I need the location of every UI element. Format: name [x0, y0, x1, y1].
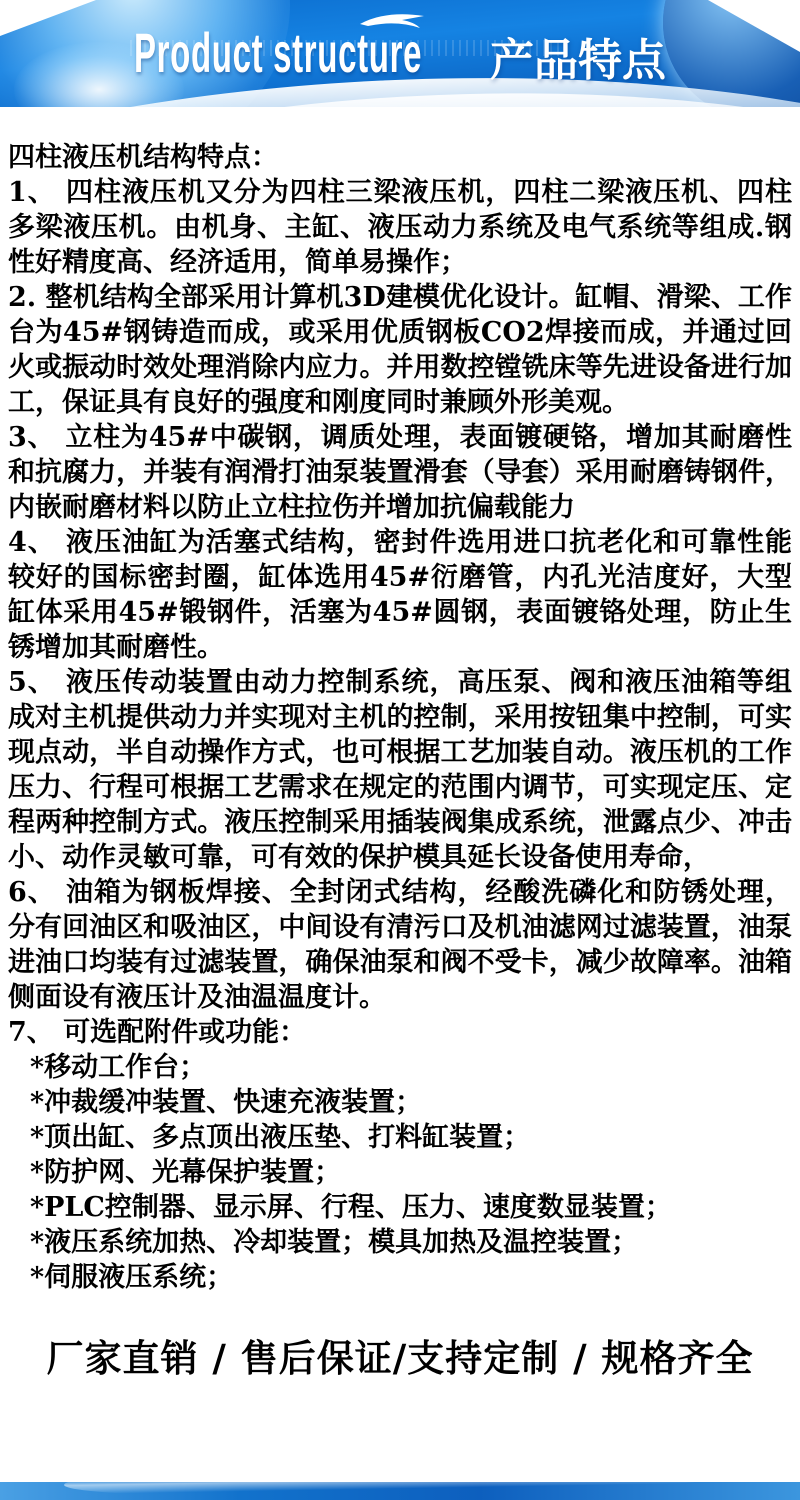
option-item-6: *液压系统加热、冷却装置；模具加热及温控装置； [8, 1225, 792, 1260]
option-item-5: *PLC控制器、显示屏、行程、压力、速度数显装置； [8, 1190, 792, 1225]
banner-title-en: Product structure [134, 21, 422, 86]
feature-paragraph-7: 7、 可选配附件或功能： [8, 1015, 792, 1050]
optional-accessories-list: *移动工作台； *冲裁缓冲装置、快速充液装置； *顶出缸、多点顶出液压垫、打料缸… [8, 1050, 792, 1295]
feature-paragraph-4: 4、 液压油缸为活塞式结构，密封件选用进口抗老化和可靠性能较好的国标密封圈，缸体… [8, 525, 792, 665]
footer-bar [0, 1482, 800, 1500]
option-item-4: *防护网、光幕保护装置； [8, 1155, 792, 1190]
feature-paragraph-2: 2. 整机结构全部采用计算机3D建模优化设计。缸帽、滑梁、工作台为45#钢铸造而… [8, 280, 792, 420]
option-item-7: *伺服液压系统； [8, 1260, 792, 1295]
option-item-1: *移动工作台； [8, 1050, 792, 1085]
option-item-3: *顶出缸、多点顶出液压垫、打料缸装置； [8, 1120, 792, 1155]
feature-paragraph-3: 3、 立柱为45#中碳钢，调质处理，表面镀硬铬，增加其耐磨性和抗腐力，并装有润滑… [8, 420, 792, 525]
feature-paragraph-5: 5、 液压传动装置由动力控制系统，高压泵、阀和液压油箱等组成对主机提供动力并实现… [8, 665, 792, 875]
feature-text: 四柱液压机结构特点： 1、 四柱液压机又分为四柱三梁液压机，四柱二梁液压机、四柱… [0, 140, 800, 1295]
slogan: 厂家直销 / 售后保证/支持定制 / 规格齐全 [0, 1328, 800, 1382]
banner-title: Product structure产品特点 [0, 24, 800, 88]
footer-light-wave [64, 1482, 736, 1500]
section-heading: 四柱液压机结构特点： [8, 140, 792, 175]
banner-title-en-wrap: Product structure [134, 24, 464, 82]
page: Product structure产品特点 四柱液压机结构特点： 1、 四柱液压… [0, 0, 800, 1500]
corner-cut-top-left [0, 0, 96, 36]
banner-title-zh: 产品特点 [490, 24, 666, 88]
feature-paragraph-6: 6、 油箱为钢板焊接、全封闭式结构，经酸洗磷化和防锈处理，分有回油区和吸油区，中… [8, 875, 792, 1015]
corner-cut-top-right [708, 0, 800, 52]
option-item-2: *冲裁缓冲装置、快速充液装置； [8, 1085, 792, 1120]
feature-paragraph-1: 1、 四柱液压机又分为四柱三梁液压机，四柱二梁液压机、四柱多梁液压机。由机身、主… [8, 175, 792, 280]
header-banner: Product structure产品特点 [0, 0, 800, 107]
